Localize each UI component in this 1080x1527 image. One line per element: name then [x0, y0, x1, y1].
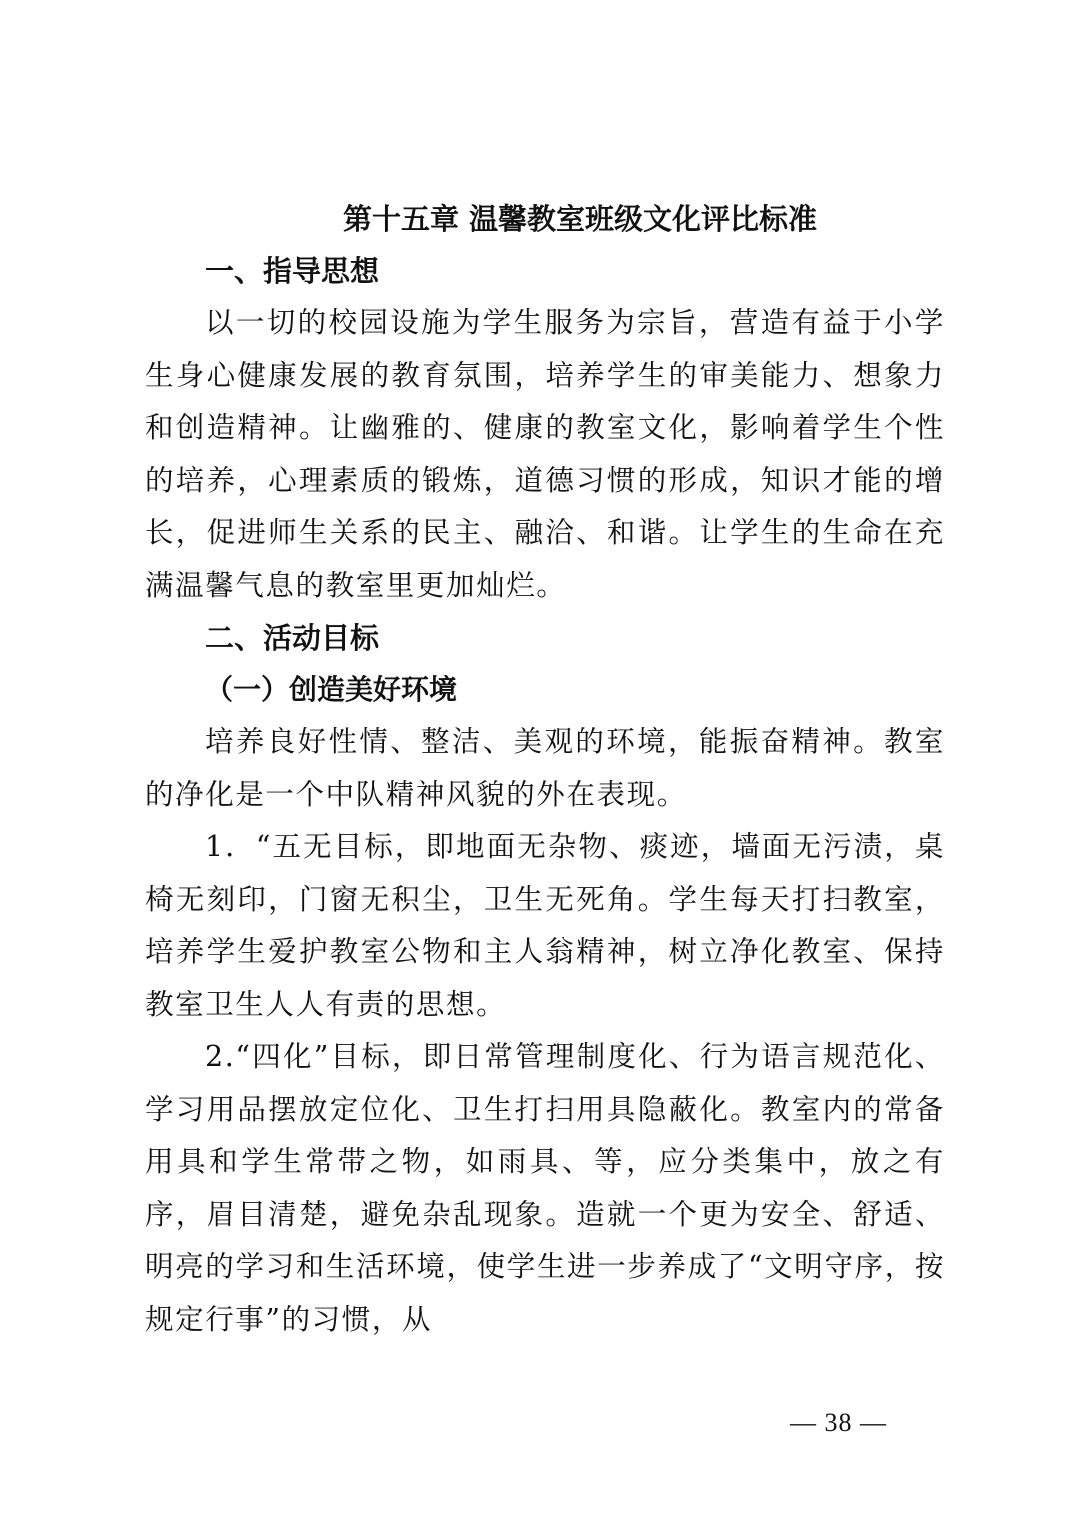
paragraph-four-standardization-goals: 2.“四化”目标，即日常管理制度化、行为语言规范化、学习用品摆放定位化、卫生打扫… [145, 1031, 945, 1346]
document-page: 第十五章 温馨教室班级文化评比标准 一、指导思想 以一切的校园设施为学生服务为宗… [145, 193, 945, 1346]
subheading-create-environment: （一）创造美好环境 [145, 664, 945, 716]
section-heading-guiding-ideology: 一、指导思想 [145, 245, 945, 297]
paragraph-environment-intro: 培养良好性情、整洁、美观的环境，能振奋精神。教室的净化是一个中队精神风貌的外在表… [145, 716, 945, 821]
section-heading-activity-goals: 二、活动目标 [145, 612, 945, 664]
chapter-title: 第十五章 温馨教室班级文化评比标准 [145, 193, 945, 245]
page-number: — 38 — [790, 1405, 887, 1441]
paragraph-five-no-goals: 1．“五无目标，即地面无杂物、痰迹，墙面无污渍，桌椅无刻印，门窗无积尘，卫生无死… [145, 821, 945, 1031]
paragraph-guiding-ideology: 以一切的校园设施为学生服务为宗旨，营造有益于小学生身心健康发展的教育氛围，培养学… [145, 297, 945, 612]
